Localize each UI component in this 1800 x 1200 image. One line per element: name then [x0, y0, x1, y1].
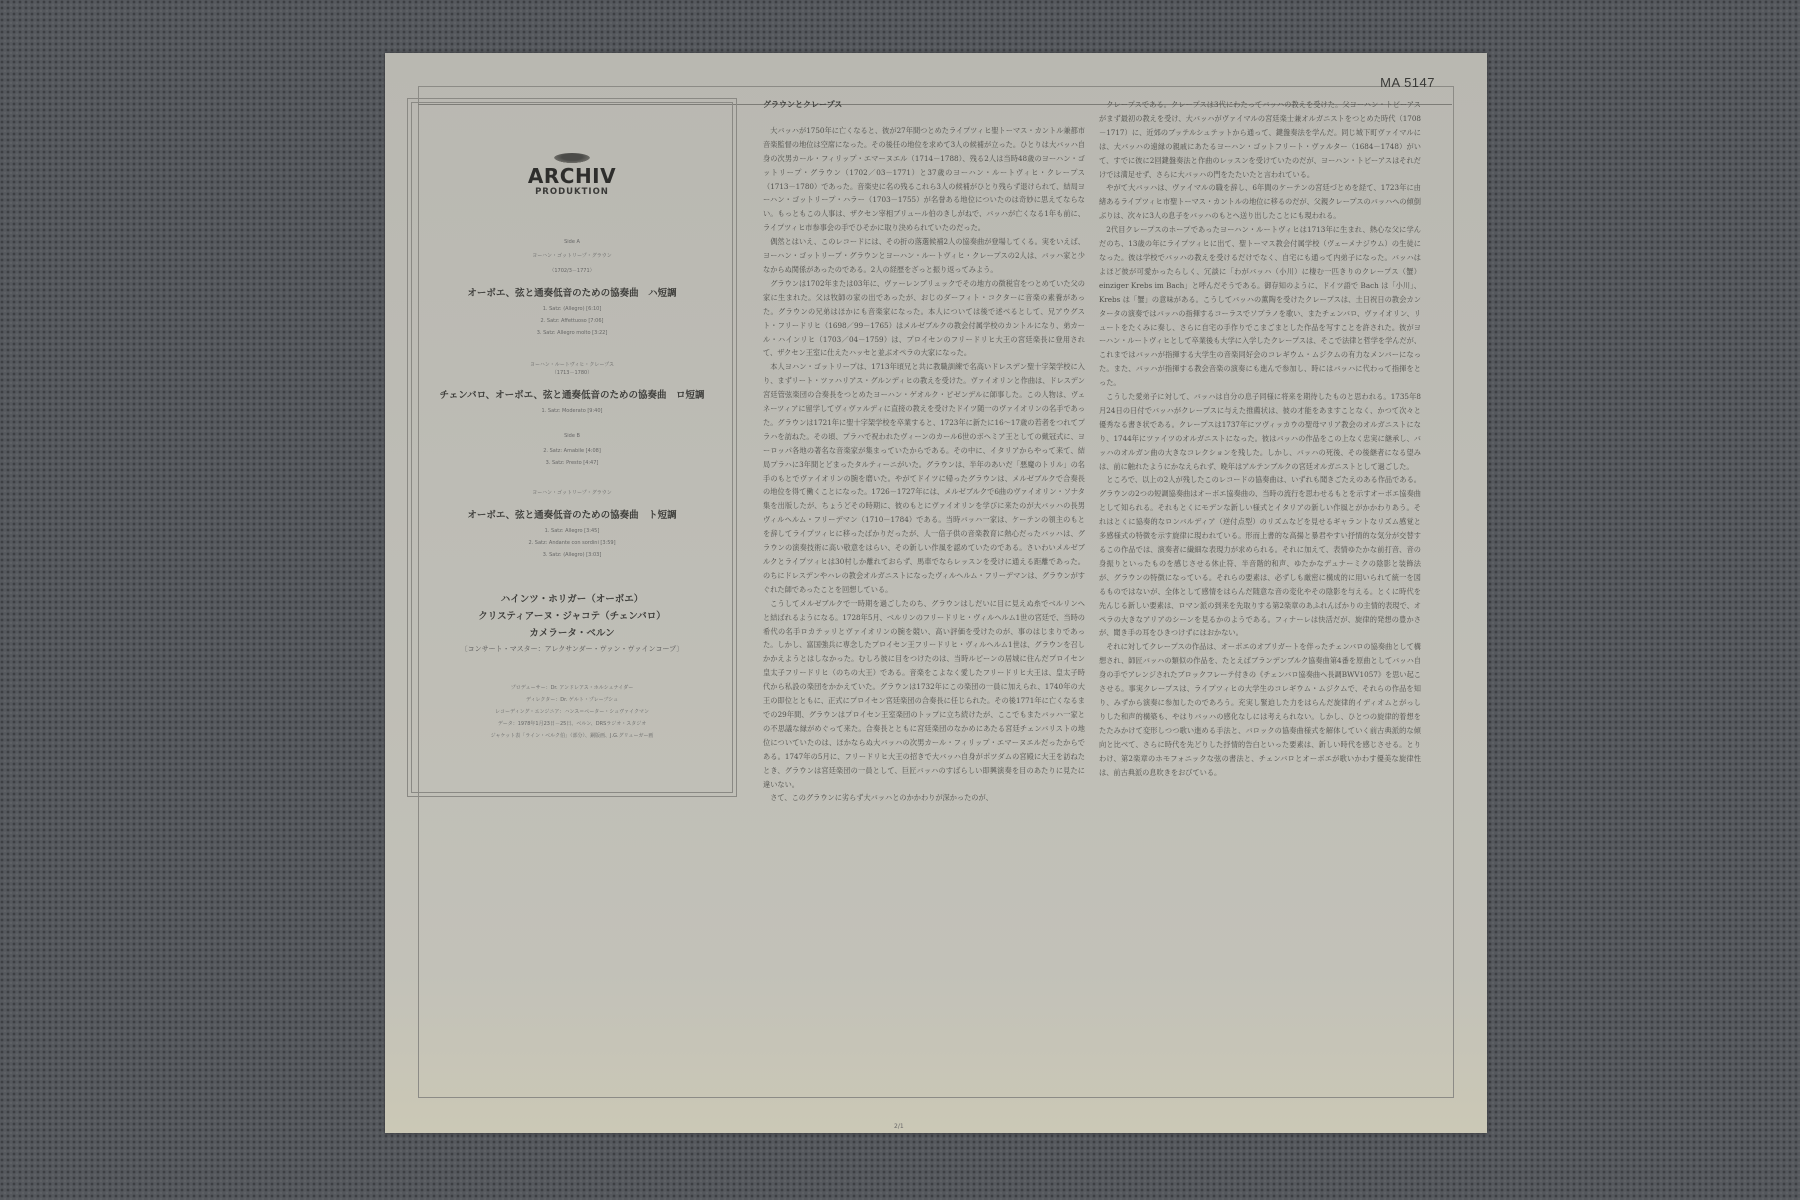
archiv-logo: ARCHIV PRODUKTION — [412, 153, 732, 197]
work-3: ヨーハン・ゴットリープ・グラウン オーボエ、弦と通奏低音のための協奏曲 ト短調 … — [412, 489, 732, 561]
movement: 2. Satz: Amabile [4:08] — [412, 445, 732, 457]
movement: 2. Satz: Andante con sordini [3:59] — [412, 537, 732, 549]
article-paragraph: 2代目クレープスのホープであったヨーハン・ルートヴィヒは1713年に生まれ、熱心… — [1099, 223, 1421, 390]
credit-recording-data: データ：1978年1月23日－25日、ベルン、DRSラジオ・スタジオ — [412, 718, 732, 730]
catalog-number: MA 5147 — [1380, 75, 1435, 90]
track-listing-box: ARCHIV PRODUKTION Side A ヨーハン・ゴットリープ・グラウ… — [407, 98, 737, 797]
page-number: 2/1 — [894, 1123, 904, 1130]
article-paragraph: 大バッハが1750年に亡くなると、彼が27年間つとめたライプツィヒ聖トーマス・カ… — [763, 124, 1085, 235]
article-column-middle: グラウンとクレープス 大バッハが1750年に亡くなると、彼が27年間つとめたライ… — [763, 98, 1085, 1098]
work-title: チェンバロ、オーボエ、弦と通奏低音のための協奏曲 ロ短調 — [412, 387, 732, 401]
performer-ensemble: カメラータ・ベルン — [412, 625, 732, 642]
side-b-label: Side B — [412, 433, 732, 439]
article-paragraph: さて、このグラウンに劣らず大バッハとのかかわりが深かったのが、 — [763, 791, 1085, 805]
side-a-label: Side A — [412, 239, 732, 245]
work-title: オーボエ、弦と通奏低音のための協奏曲 ト短調 — [412, 507, 732, 521]
work-1: ヨーハン・ゴットリープ・グラウン （1702/3－1771） オーボエ、弦と通奏… — [412, 252, 732, 339]
liner-notes-sheet: MA 5147 ARCHIV PRODUKTION Side A ヨーハン・ゴッ… — [385, 53, 1487, 1133]
article-paragraph: やがて大バッハは、ヴァイマルの職を辞し、6年間のケーテンの宮廷づとめを経て、17… — [1099, 181, 1421, 223]
performer-oboe: ハインツ・ホリガー（オーボエ） — [412, 591, 732, 608]
composer-name: ヨーハン・ゴットリープ・グラウン — [412, 489, 732, 497]
article-column-right: クレープスである。クレープスは3代にわたってバッハの教えを受けた。父ヨーハン・ト… — [1099, 98, 1421, 1068]
composer-name: ヨーハン・ルートヴィヒ・クレープス — [412, 361, 732, 369]
article-body-right: クレープスである。クレープスは3代にわたってバッハの教えを受けた。父ヨーハン・ト… — [1099, 98, 1421, 779]
article-paragraph: こうしてメルゼブルクで一時期を過ごしたのち、グラウンはしだいに目に見えぬ糸でベル… — [763, 597, 1085, 792]
credit-engineer: レコーディング・エンジニア：ハンス＝ペーター・シュヴァイクマン — [412, 706, 732, 718]
movement: 3. Satz: Presto [4:47] — [412, 457, 732, 469]
article-paragraph: 本人ヨハン・ゴットリープは、1713年頃兄と共に教職訓練で名高いドレスデン聖十字… — [763, 360, 1085, 596]
article-paragraph: 偶然とはいえ、このレコードには、その折の落選候補2人の協奏曲が登場してくる。実を… — [763, 235, 1085, 277]
archiv-emblem-icon — [554, 153, 590, 163]
article-body-middle: 大バッハが1750年に亡くなると、彼が27年間つとめたライプツィヒ聖トーマス・カ… — [763, 124, 1085, 805]
composer-dates: （1713－1780） — [412, 369, 732, 377]
logo-wordmark: ARCHIV — [412, 165, 732, 187]
performers: ハインツ・ホリガー（オーボエ） クリスティアーヌ・ジャコテ（チェンバロ） カメラ… — [412, 591, 732, 654]
article-heading: グラウンとクレープス — [763, 98, 1085, 112]
article-paragraph: グラウンは1702年または03年に、ヴァーレンブリュックでその地方の徴税官をつと… — [763, 277, 1085, 360]
credit-director: ディレクター：Dr. ゲルト・プレーブシュ — [412, 694, 732, 706]
credit-cover: ジャケット表「ライン・ベルク伯」（部分）、銅版画、J.G.グリューガー画 — [412, 730, 732, 742]
movement: 1. Satz: Allegro [3:45] — [412, 525, 732, 537]
composer-name: ヨーハン・ゴットリープ・グラウン — [412, 252, 732, 260]
composer-dates: （1702/3－1771） — [412, 267, 732, 275]
article-paragraph: こうした愛弟子に対して、バッハは自分の息子同様に将来を期待したものと思われる。1… — [1099, 390, 1421, 473]
article-paragraph: ところで、以上の2人が残したこのレコードの協奏曲は、いずれも聞きごたえのある作品… — [1099, 473, 1421, 640]
track-listing-inner: ARCHIV PRODUKTION Side A ヨーハン・ゴットリープ・グラウ… — [411, 102, 733, 793]
production-credits: プロデューサー：Dr. アンドレアス・ホルシュナイダー ディレクター：Dr. ゲ… — [412, 682, 732, 742]
logo-subtitle: PRODUKTION — [412, 187, 732, 197]
work-title: オーボエ、弦と通奏低音のための協奏曲 ハ短調 — [412, 285, 732, 299]
movement: 3. Satz: (Allegro) [3:03] — [412, 549, 732, 561]
article-paragraph: クレープスである。クレープスは3代にわたってバッハの教えを受けた。父ヨーハン・ト… — [1099, 98, 1421, 181]
movement: 3. Satz: Allegro molto [3:22] — [412, 327, 732, 339]
concertmaster: 〔コンサート・マスター：アレクサンダー・ヴァン・ヴァインコープ〕 — [412, 644, 732, 654]
article-paragraph: それに対してクレープスの作品は、オーボエのオブリガートを伴ったチェンバロの協奏曲… — [1099, 640, 1421, 779]
performer-harpsichord: クリスティアーヌ・ジャコテ（チェンバロ） — [412, 608, 732, 625]
movement: 1. Satz: Moderato [9:40] — [412, 405, 732, 417]
credit-producer: プロデューサー：Dr. アンドレアス・ホルシュナイダー — [412, 682, 732, 694]
movement: 1. Satz: (Allegro) [6:10] — [412, 303, 732, 315]
work-2: ヨーハン・ルートヴィヒ・クレープス （1713－1780） チェンバロ、オーボエ… — [412, 361, 732, 469]
movement: 2. Satz: Affettuoso [7:06] — [412, 315, 732, 327]
